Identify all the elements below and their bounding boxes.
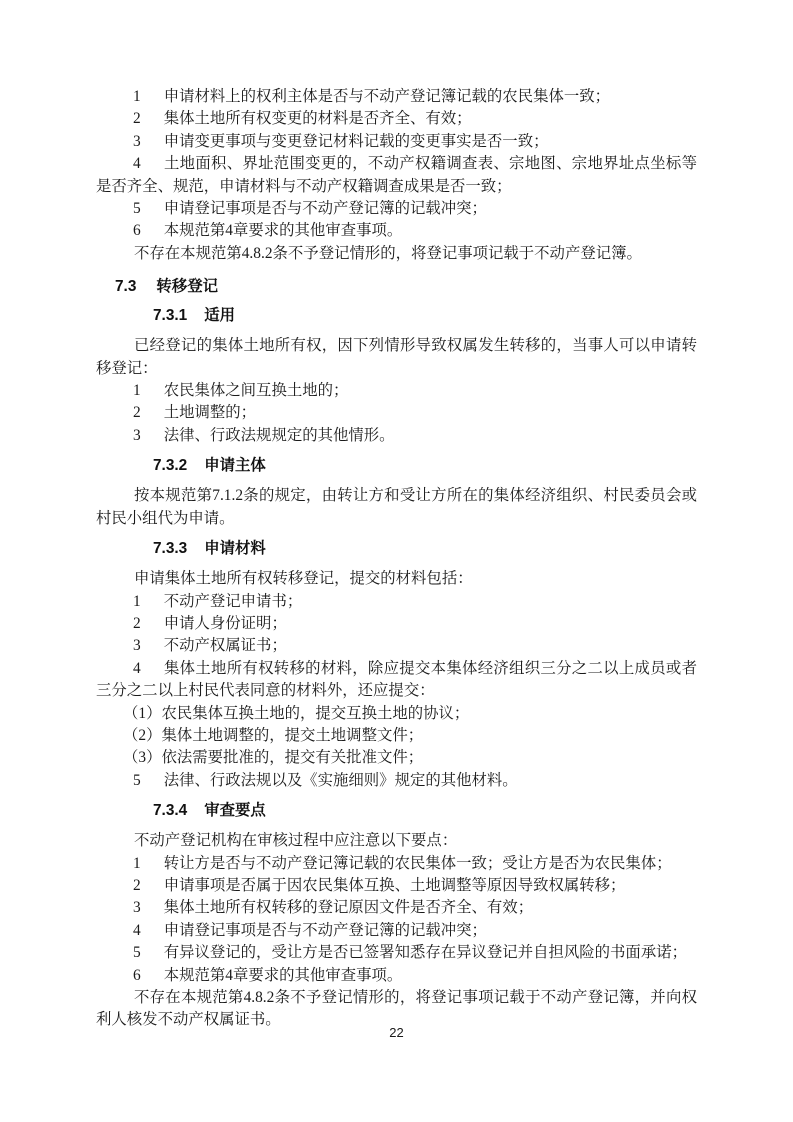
subitem-number: （3） (123, 749, 161, 766)
item-text: 申请人身份证明； (164, 615, 287, 632)
item-number: 2 (133, 615, 141, 632)
item-text: 集体土地所有权转移的登记原因文件是否齐全、有效； (164, 899, 533, 916)
item-text: 本规范第4章要求的其他审查事项。 (164, 967, 403, 984)
list-item: 3申请变更事项与变更登记材料记载的变更事实是否一致； (96, 131, 697, 153)
section-heading: 7.3转移登记 (115, 277, 697, 297)
list-item: 2申请事项是否属于因农民集体互换、土地调整等原因导致权属转移； (96, 875, 697, 897)
item-number: 2 (133, 877, 141, 894)
subitem-text: 集体土地调整的，提交土地调整文件； (161, 727, 423, 744)
item-number: 2 (133, 404, 141, 421)
item-text: 不动产登记申请书； (164, 593, 303, 610)
section-title: 转移登记 (156, 278, 218, 295)
list-item: 5法律、行政法规以及《实施细则》规定的其他材料。 (96, 770, 697, 792)
item-text: 转让方是否与不动产登记簿记载的农民集体一致；受让方是否为农民集体； (164, 855, 672, 872)
item-number: 3 (133, 637, 141, 654)
subsection-heading: 7.3.4审查要点 (153, 801, 697, 821)
list-item: 2申请人身份证明； (96, 613, 697, 635)
item-number: 1 (133, 88, 141, 105)
subsection-title: 申请主体 (204, 457, 266, 474)
list-item: 1农民集体之间互换土地的； (96, 380, 697, 402)
item-text: 申请登记事项是否与不动产登记簿的记载冲突； (164, 922, 487, 939)
subsection-heading: 7.3.2申请主体 (153, 456, 697, 476)
subsection-number: 7.3.3 (153, 540, 187, 557)
list-item: 5有异议登记的，受让方是否已签署知悉存在异议登记并自担风险的书面承诺； (96, 942, 697, 964)
paragraph: 不动产登记机构在审核过程中应注意以下要点： (96, 830, 697, 852)
item-number: 4 (133, 660, 141, 677)
list-item: 6本规范第4章要求的其他审查事项。 (96, 965, 697, 987)
item-number: 6 (133, 967, 141, 984)
subsection-number: 7.3.2 (153, 457, 187, 474)
item-text: 土地调整的； (164, 404, 256, 421)
subsection-number: 7.3.4 (153, 802, 187, 819)
subsection-heading: 7.3.3申请材料 (153, 539, 697, 559)
item-text: 申请变更事项与变更登记材料记载的变更事实是否一致； (164, 133, 549, 150)
section-number: 7.3 (115, 278, 136, 295)
item-text: 不动产权属证书； (164, 637, 287, 654)
list-item: 2集体土地所有权变更的材料是否齐全、有效； (96, 108, 697, 130)
list-item: 1不动产登记申请书； (96, 591, 697, 613)
item-text: 法律、行政法规规定的其他情形。 (164, 427, 395, 444)
item-number: 1 (133, 382, 141, 399)
paragraph: 申请集体土地所有权转移登记，提交的材料包括： (96, 568, 697, 590)
page-number: 22 (0, 1022, 793, 1044)
list-subitem: （2）集体土地调整的，提交土地调整文件； (96, 725, 697, 747)
item-text: 土地面积、界址范围变更的，不动产权籍调查表、宗地图、宗地界址点坐标等是否齐全、规… (96, 155, 697, 194)
list-item: 1转让方是否与不动产登记簿记载的农民集体一致；受让方是否为农民集体； (96, 853, 697, 875)
list-item: 4土地面积、界址范围变更的，不动产权籍调查表、宗地图、宗地界址点坐标等是否齐全、… (96, 153, 697, 198)
list-item: 2土地调整的； (96, 402, 697, 424)
list-item: 4集体土地所有权转移的材料，除应提交本集体经济组织三分之二以上成员或者三分之二以… (96, 658, 697, 703)
item-number: 5 (133, 944, 141, 961)
item-text: 申请登记事项是否与不动产登记簿的记载冲突； (164, 200, 487, 217)
item-text: 有异议登记的，受让方是否已签署知悉存在异议登记并自担风险的书面承诺； (164, 944, 687, 961)
item-number: 1 (133, 593, 141, 610)
subsection-title: 适用 (204, 307, 235, 324)
list-item: 6本规范第4章要求的其他审查事项。 (96, 220, 697, 242)
list-item: 3集体土地所有权转移的登记原因文件是否齐全、有效； (96, 897, 697, 919)
subitem-text: 依法需要批准的，提交有关批准文件； (161, 749, 423, 766)
paragraph: 按本规范第7.1.2条的规定，由转让方和受让方所在的集体经济组织、村民委员会或村… (96, 485, 697, 530)
paragraph: 已经登记的集体土地所有权，因下列情形导致权属发生转移的，当事人可以申请转移登记： (96, 335, 697, 380)
item-number: 5 (133, 772, 141, 789)
item-text: 集体土地所有权变更的材料是否齐全、有效； (164, 110, 472, 127)
item-text: 法律、行政法规以及《实施细则》规定的其他材料。 (164, 772, 518, 789)
subsection-title: 审查要点 (204, 802, 266, 819)
document-page: 1申请材料上的权利主体是否与不动产登记簿记载的农民集体一致； 2集体土地所有权变… (0, 0, 793, 1122)
list-item: 4申请登记事项是否与不动产登记簿的记载冲突； (96, 920, 697, 942)
list-item: 3不动产权属证书； (96, 635, 697, 657)
closing-paragraph: 不存在本规范第4.8.2条不予登记情形的，将登记事项记载于不动产登记簿。 (96, 243, 697, 265)
list-item: 1申请材料上的权利主体是否与不动产登记簿记载的农民集体一致； (96, 86, 697, 108)
list-subitem: （3）依法需要批准的，提交有关批准文件； (96, 747, 697, 769)
subsection-number: 7.3.1 (153, 307, 187, 324)
item-text: 本规范第4章要求的其他审查事项。 (164, 222, 403, 239)
item-number: 4 (133, 155, 141, 172)
review-points-list: 1申请材料上的权利主体是否与不动产登记簿记载的农民集体一致； 2集体土地所有权变… (96, 86, 697, 265)
item-number: 3 (133, 899, 141, 916)
subitem-number: （2） (123, 727, 161, 744)
subsection-title: 申请材料 (204, 540, 266, 557)
item-text: 农民集体之间互换土地的； (164, 382, 349, 399)
list-item: 3法律、行政法规规定的其他情形。 (96, 425, 697, 447)
item-number: 5 (133, 200, 141, 217)
item-number: 3 (133, 427, 141, 444)
item-number: 3 (133, 133, 141, 150)
item-number: 4 (133, 922, 141, 939)
item-number: 2 (133, 110, 141, 127)
list-item: 5申请登记事项是否与不动产登记簿的记载冲突； (96, 198, 697, 220)
item-text: 申请事项是否属于因农民集体互换、土地调整等原因导致权属转移； (164, 877, 626, 894)
item-text: 申请材料上的权利主体是否与不动产登记簿记载的农民集体一致； (164, 88, 610, 105)
subitem-number: （1） (123, 705, 161, 722)
subitem-text: 农民集体互换土地的，提交互换土地的协议； (161, 705, 469, 722)
list-subitem: （1）农民集体互换土地的，提交互换土地的协议； (96, 703, 697, 725)
item-number: 1 (133, 855, 141, 872)
item-text: 集体土地所有权转移的材料，除应提交本集体经济组织三分之二以上成员或者三分之二以上… (96, 660, 697, 699)
item-number: 6 (133, 222, 141, 239)
subsection-heading: 7.3.1适用 (153, 306, 697, 326)
